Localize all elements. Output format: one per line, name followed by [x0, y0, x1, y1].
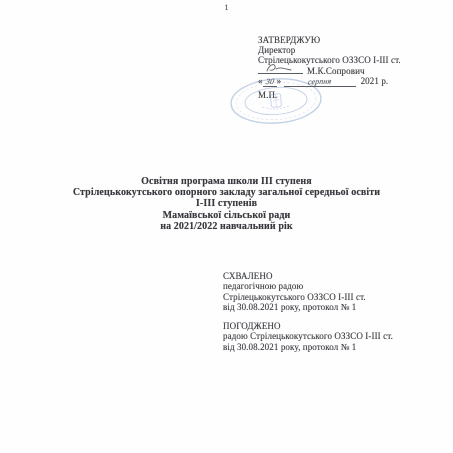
agreed-line: від 30.08.2021 року, протокол № 1 — [223, 342, 438, 352]
approval-name: М.К.Сопрович — [307, 66, 365, 76]
approved-title: СХВАЛЕНО — [223, 271, 438, 281]
quote-close: » — [277, 76, 282, 86]
title-line: Мамаївської сільської ради — [0, 210, 453, 221]
approved-line: від 30.08.2021 року, протокол № 1 — [223, 302, 438, 312]
approved-line: педагогічною радою — [223, 281, 438, 291]
title-line: на 2021/2022 навчальний рік — [0, 221, 453, 232]
signature-line — [258, 65, 303, 74]
year-label: 2021 р. — [361, 76, 389, 86]
handwritten-month: серпня — [307, 77, 332, 88]
signature-row: М.К.Сопрович — [258, 65, 453, 77]
title-line: Освітня програма школи ІІІ ступеня — [0, 176, 453, 187]
approved-line: Стрілецькокутського ОЗЗСО І-ІІІ ст. — [223, 292, 438, 302]
title-line: Стрілецькокутського опорного закладу заг… — [0, 187, 453, 198]
approval-block: ЗАТВЕРДЖУЮ Директор Стрілецькокутського … — [258, 36, 453, 101]
date-row: «30» серпня2021 р. — [258, 77, 453, 87]
page-number: 1 — [0, 3, 453, 12]
document-page: 1 ЗАТВЕРДЖУЮ Директор Стрілецькокутськог… — [0, 0, 453, 453]
handwritten-day: 30 — [265, 77, 275, 87]
agreed-title: ПОГОДЖЕНО — [223, 321, 438, 331]
title-line: І-ІІІ ступенів — [0, 198, 453, 209]
approved-block: СХВАЛЕНО педагогічною радою Стрілецькоку… — [223, 271, 438, 313]
director-signature-icon — [264, 62, 294, 74]
seal-place-label: М.П. — [258, 91, 453, 101]
agreed-block: ПОГОДЖЕНО радою Стрілецькокутського ОЗЗС… — [223, 321, 438, 352]
agreed-line: радою Стрілецькокутського ОЗЗСО І-ІІІ ст… — [223, 331, 438, 341]
document-title: Освітня програма школи ІІІ ступеня Стріл… — [0, 176, 453, 232]
